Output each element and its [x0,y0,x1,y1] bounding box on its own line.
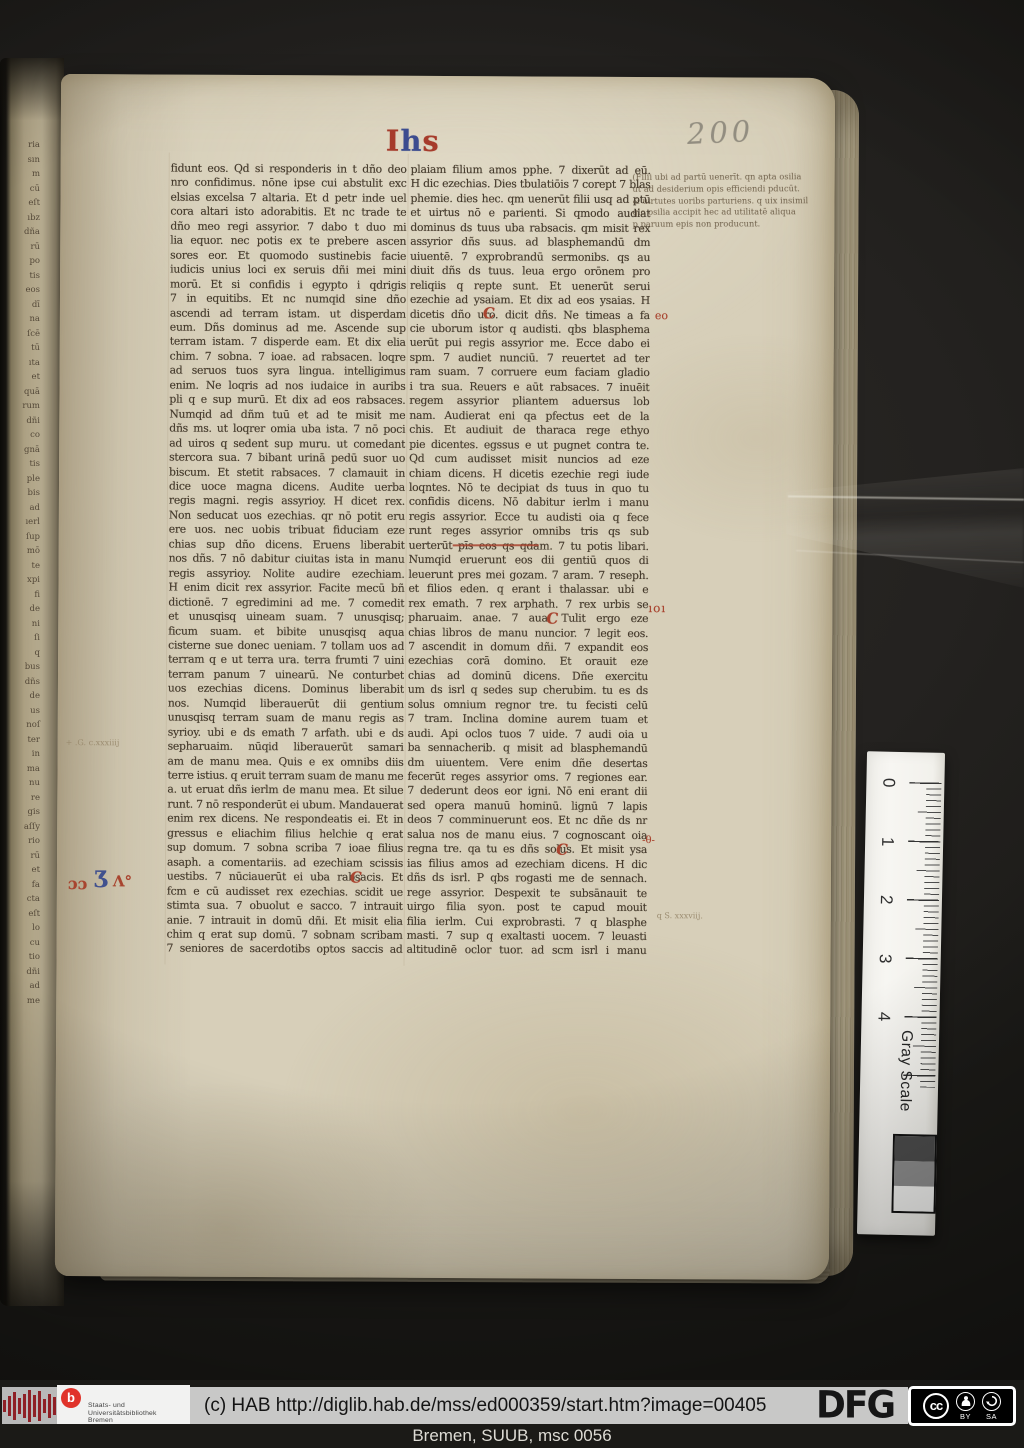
cc-by-label: BY [960,1412,971,1421]
cc-sa-label: SA [986,1412,997,1421]
gutter-shadow [0,58,64,1306]
bremen-bars-logo [2,1387,57,1424]
quire-mark-red-b: Λ° [113,872,132,890]
cc-sa-arrow-icon [982,1392,1001,1411]
credit-band: (c) HAB http://diglib.hab.de/mss/ed00035… [190,1387,908,1424]
monogram-letter-h: h [400,124,422,158]
cc-by-sa-badge: cc BY SA [908,1386,1016,1426]
margin-mark-ioi: ıoı [648,601,666,615]
cc-sa-group: SA [982,1392,1001,1421]
margin-note-left-faint: + .G. c.xxxiiij [66,738,120,747]
rubric-initial-3: C [555,841,570,859]
manuscript-photo-scene: riasınmcūeſtıbzdñarūpotiseosdīnaſcētūıta… [0,0,1024,1448]
red-strikethrough [453,544,539,546]
patch-dark-gray [894,1136,935,1162]
quire-mark-red-a: ɔɔ [68,874,88,893]
dfg-logo: DFG [816,1386,894,1425]
gray-scale-ruler: 0 1 2 3 4 Gray Scale [857,751,945,1236]
library-name: Staats- undUniversitätsbibliothekBremen [88,1402,157,1425]
gray-scale-label: Gray Scale [896,1030,916,1112]
monogram-letter-s: s [422,124,440,158]
ruler-number-4: 4 [873,1006,893,1026]
rubric-initial-2: C [545,610,560,628]
credit-url: (c) HAB http://diglib.hab.de/mss/ed00035… [204,1395,766,1417]
margin-mark-eo: eo [655,309,668,322]
shelfmark-caption: Bremen, SUUB, msc 0056 [0,1426,1024,1446]
ihs-monogram: Ihs [386,124,440,158]
ruler-number-2: 2 [876,889,896,909]
cc-logo-icon: cc [923,1393,949,1419]
facing-page-edge: riasınmcūeſtıbzdñarūpotiseosdīnaſcētūıta… [0,58,64,1306]
library-logo-block: b Staats- undUniversitätsbibliothekBreme… [57,1385,190,1424]
margin-note-right-faint: q S. xxxviij. [657,911,703,920]
rubric-initial-1: C [482,304,497,322]
text-column-left: fidunt eos. Qd si responderis in t dño d… [167,162,407,958]
footer: b Staats- undUniversitätsbibliothekBreme… [0,1380,1024,1448]
rubric-pilcrow: C [349,869,364,887]
text-column-right: plaiam filium amos pphe. 7 dixerūt ad eū… [407,163,651,959]
monogram-letter-i: I [386,124,401,158]
cc-by-group: BY [956,1392,975,1421]
cc-by-person-icon [956,1392,975,1411]
ruler-number-1: 1 [877,831,897,851]
manuscript-page: Ihs 200 (Filii ubi ad partū uenerīt. qn … [55,74,835,1280]
ruler-number-0: 0 [878,772,898,792]
marginal-gloss: (Filii ubi ad partū uenerīt. qn apta osi… [632,171,838,231]
quire-mark-blue: Ʒ [94,866,109,893]
ruler-number-3: 3 [875,948,895,968]
folio-number-pencil: 200 [686,114,755,151]
library-b-badge: b [61,1388,81,1408]
patch-mid-gray [894,1161,935,1187]
gray-scale-patches [891,1134,937,1214]
margin-mark-theta: -θ- [642,835,655,846]
patch-white [893,1186,934,1212]
